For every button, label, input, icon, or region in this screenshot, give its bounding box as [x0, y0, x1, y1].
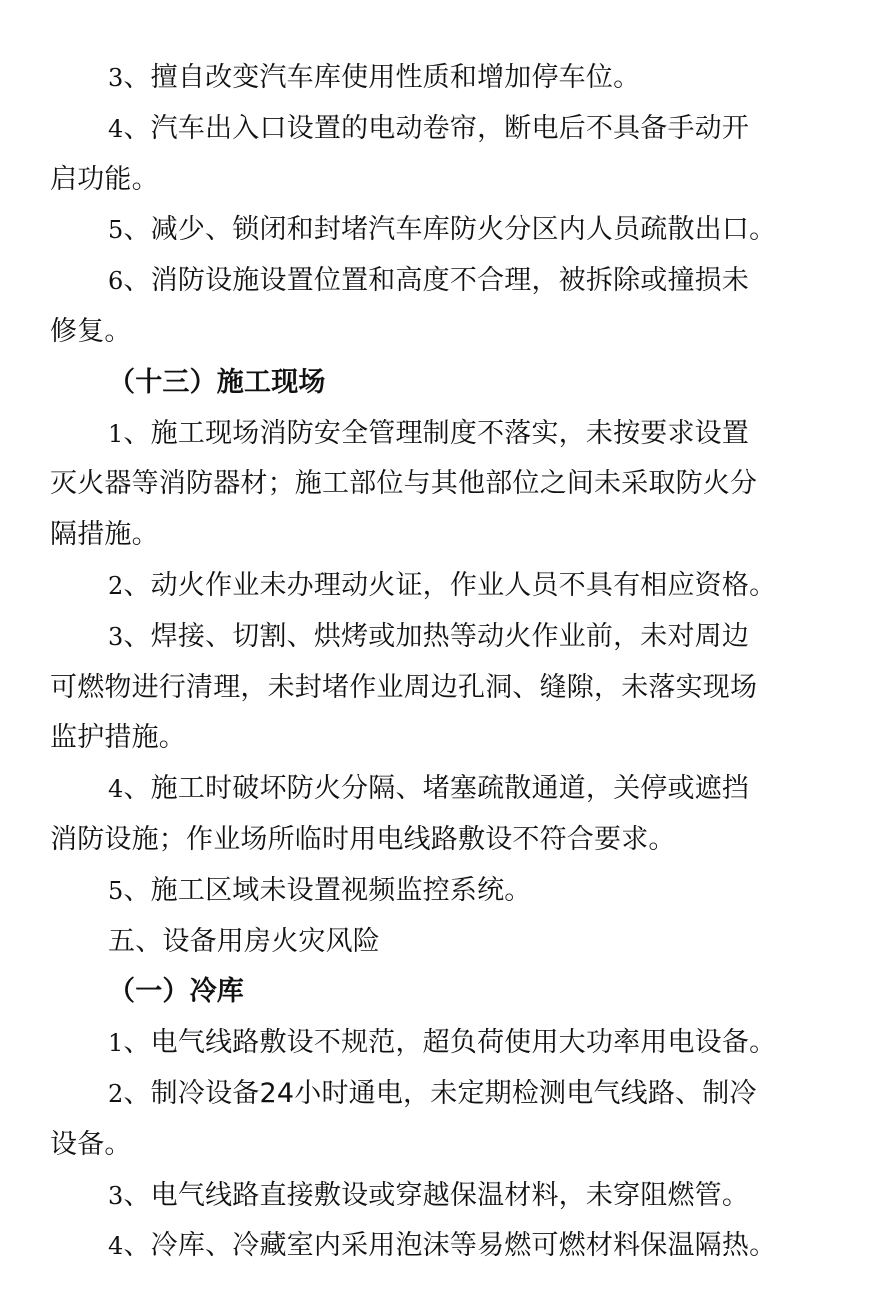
line-text: 修复。	[50, 316, 132, 347]
item-number: 5	[108, 216, 123, 244]
text-line: 2、制冷设备24小时通电，未定期检测电气线路、制冷	[50, 1069, 810, 1120]
text-line: 监护措施。	[50, 713, 810, 764]
line-text: 、电气线路直接敷设或穿越保温材料，未穿阻燃管。	[123, 1180, 749, 1211]
line-text: 、擅自改变汽车库使用性质和增加停车位。	[123, 62, 640, 93]
item-number: 5	[108, 877, 123, 905]
text-line: 灭火器等消防器材；施工部位与其他部位之间未采取防火分	[50, 459, 810, 510]
item-number: 2	[108, 572, 123, 600]
line-text: 设备。	[50, 1129, 132, 1160]
text-line: 3、擅自改变汽车库使用性质和增加停车位。	[50, 53, 810, 104]
text-line: 可燃物进行清理，未封堵作业周边孔洞、缝隙，未落实现场	[50, 663, 810, 714]
section-heading: （一）冷库	[50, 967, 810, 1018]
text-line: 设备。	[50, 1120, 810, 1171]
line-text: （一）冷库	[108, 976, 244, 1007]
item-number: 2	[108, 1080, 123, 1108]
text-line: 5、减少、锁闭和封堵汽车库防火分区内人员疏散出口。	[50, 205, 810, 256]
text-line: 4、施工时破坏防火分隔、堵塞疏散通道，关停或遮挡	[50, 764, 810, 815]
text-line: 修复。	[50, 307, 810, 358]
line-text: （十三）施工现场	[108, 367, 326, 398]
text-line: 6、消防设施设置位置和高度不合理，被拆除或撞损未	[50, 256, 810, 307]
text-line: 启功能。	[50, 155, 810, 206]
text-line: 5、施工区域未设置视频监控系统。	[50, 866, 810, 917]
item-number: 3	[108, 623, 123, 651]
line-text: 启功能。	[50, 164, 159, 195]
item-number: 4	[108, 115, 123, 143]
document-page: 3、擅自改变汽车库使用性质和增加停车位。4、汽车出入口设置的电动卷帘，断电后不具…	[50, 53, 810, 1272]
item-number: 3	[108, 64, 123, 92]
text-line: 隔措施。	[50, 510, 810, 561]
line-text: 、施工时破坏防火分隔、堵塞疏散通道，关停或遮挡	[123, 773, 749, 804]
item-number: 1	[108, 1029, 123, 1057]
text-line: 3、电气线路直接敷设或穿越保温材料，未穿阻燃管。	[50, 1171, 810, 1222]
line-text: 消防设施；作业场所临时用电线路敷设不符合要求。	[50, 824, 676, 855]
line-text: 、消防设施设置位置和高度不合理，被拆除或撞损未	[123, 265, 749, 296]
section-heading: （十三）施工现场	[50, 358, 810, 409]
line-text: 隔措施。	[50, 519, 159, 550]
line-text: 五、设备用房火灾风险	[108, 926, 380, 957]
line-text: 可燃物进行清理，未封堵作业周边孔洞、缝隙，未落实现场	[50, 672, 757, 703]
text-line: 4、冷库、冷藏室内采用泡沫等易燃可燃材料保温隔热。	[50, 1221, 810, 1272]
text-line: 1、施工现场消防安全管理制度不落实，未按要求设置	[50, 409, 810, 460]
text-line: 五、设备用房火灾风险	[50, 917, 810, 968]
line-text: 监护措施。	[50, 722, 186, 753]
item-number: 4	[108, 1232, 123, 1260]
item-number: 1	[108, 420, 123, 448]
line-text: 、电气线路敷设不规范，超负荷使用大功率用电设备。	[123, 1027, 776, 1058]
line-text: 、汽车出入口设置的电动卷帘，断电后不具备手动开	[123, 113, 749, 144]
line-text: 、施工区域未设置视频监控系统。	[123, 875, 531, 906]
text-line: 1、电气线路敷设不规范，超负荷使用大功率用电设备。	[50, 1018, 810, 1069]
item-number: 6	[108, 267, 123, 295]
item-number: 4	[108, 775, 123, 803]
text-line: 4、汽车出入口设置的电动卷帘，断电后不具备手动开	[50, 104, 810, 155]
line-text: 、减少、锁闭和封堵汽车库防火分区内人员疏散出口。	[123, 214, 776, 245]
line-text: 、制冷设备24小时通电，未定期检测电气线路、制冷	[123, 1078, 756, 1109]
line-text: 、施工现场消防安全管理制度不落实，未按要求设置	[123, 418, 749, 449]
line-text: 、动火作业未办理动火证，作业人员不具有相应资格。	[123, 570, 776, 601]
text-line: 2、动火作业未办理动火证，作业人员不具有相应资格。	[50, 561, 810, 612]
text-line: 3、焊接、切割、烘烤或加热等动火作业前，未对周边	[50, 612, 810, 663]
line-text: 灭火器等消防器材；施工部位与其他部位之间未采取防火分	[50, 468, 757, 499]
text-line: 消防设施；作业场所临时用电线路敷设不符合要求。	[50, 815, 810, 866]
item-number: 3	[108, 1182, 123, 1210]
line-text: 、焊接、切割、烘烤或加热等动火作业前，未对周边	[123, 621, 749, 652]
line-text: 、冷库、冷藏室内采用泡沫等易燃可燃材料保温隔热。	[123, 1230, 776, 1261]
